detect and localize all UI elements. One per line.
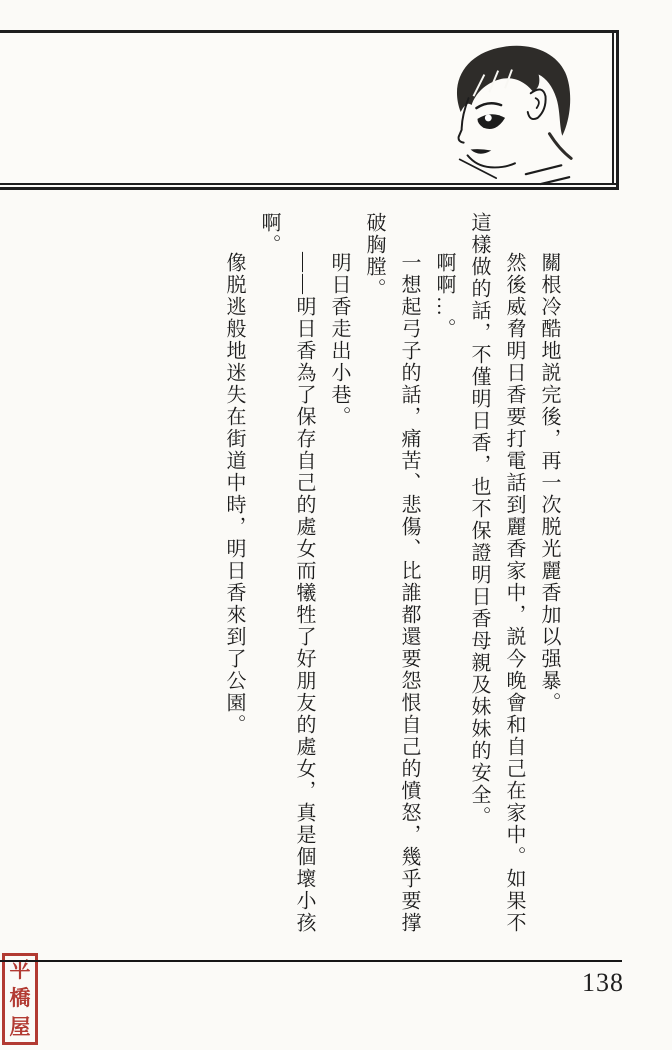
seal-character: 屋 [10, 1017, 31, 1038]
paragraph: 然後威脅明日香要打電話到麗香家中，説今晚會和自己在家中。如果不這樣做的話，不僅明… [461, 212, 531, 944]
seal-character: 橋 [10, 988, 31, 1009]
paragraph: 明日香走出小巷。 [321, 212, 356, 944]
publisher-seal: 平 橋 屋 [2, 953, 38, 1045]
seal-character: 平 [10, 960, 31, 981]
paragraph: 一想起弓子的話，痛苦、悲傷、比誰都還要怨恨自己的憤怒，幾乎要撑破胸膛。 [356, 212, 426, 944]
novel-text: 關根冷酷地説完後，再一次脱光麗香加以强暴。 然後威脅明日香要打電話到麗香家中，説… [216, 212, 566, 944]
footer-divider [0, 960, 622, 962]
novel-page: { "page": { "number": "138" }, "seal": {… [0, 0, 672, 1050]
paragraph: 關根冷酷地説完後，再一次脱光麗香加以强暴。 [531, 212, 566, 944]
paragraph: 像脱逃般地迷失在街道中時，明日香來到了公園。 [216, 212, 251, 944]
illustration-frame [0, 30, 619, 190]
paragraph: ——明日香為了保存自己的處女而犧牲了好朋友的處女，真是個壞小孩啊。 [251, 212, 321, 944]
character-face-illustration [430, 39, 590, 187]
paragraph: 啊啊…。 [426, 212, 461, 944]
page-number: 138 [574, 968, 632, 998]
